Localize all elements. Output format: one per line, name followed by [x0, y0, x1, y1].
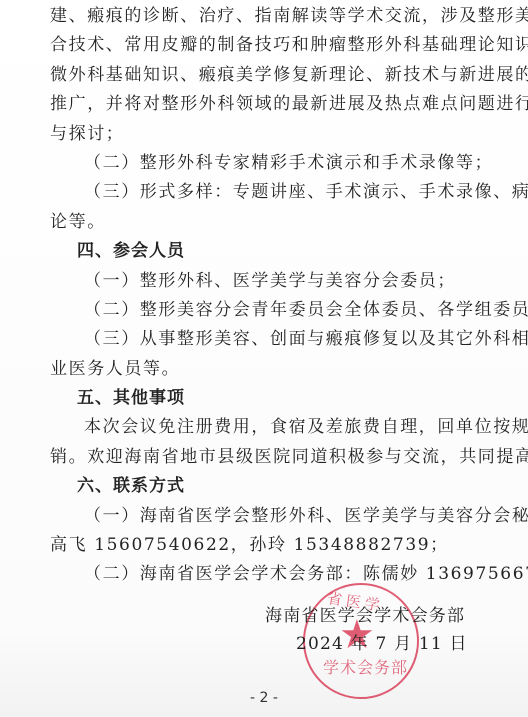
other-para: 本次会议免注册费用，食宿及差旅费自理，回单位按规定报 [50, 413, 490, 442]
section-heading-attendees: 四、参会人员 [50, 237, 490, 266]
format-item-3: （三）形式多样：专题讲座、手术演示、手术录像、病例讨 [50, 178, 490, 207]
seal-bottom-text: 学术会务部 [323, 655, 408, 678]
body-line: 与探讨； [50, 120, 490, 149]
contact-item-1: （一）海南省医学会整形外科、医学美学与美容分会秘书： [50, 502, 490, 531]
section-heading-other: 五、其他事项 [50, 384, 490, 413]
attendee-item-3: （三）从事整形美容、创面与瘢痕修复以及其它外科相关专 [50, 325, 490, 354]
other-para-cont: 销。欢迎海南省地市县级医院同道积极参与交流，共同提高。 [50, 443, 490, 472]
body-line: 推广，并将对整形外科领域的最新进展及热点难点问题进行对话 [50, 90, 490, 119]
format-item-2: （二）整形外科专家精彩手术演示和手术录像等； [50, 149, 490, 178]
contact-item-1-cont: 高飞 15607540622，孙玲 15348882739； [50, 531, 490, 560]
page-number: - 2 - [0, 690, 528, 706]
attendee-item-3-cont: 业医务人员等。 [50, 355, 490, 384]
document-page: 建、瘢痕的诊断、治疗、指南解读等学术交流，涉及整形美容缝 合技术、常用皮瓣的制备… [0, 0, 528, 717]
contact-item-2: （二）海南省医学会学术会务部：陈儒妙 13697566738。 [50, 560, 490, 589]
attendee-item-1: （一）整形外科、医学美学与美容分会委员； [50, 267, 490, 296]
attendee-item-2: （二）整形美容分会青年委员会全体委员、各学组委员； [50, 296, 490, 325]
document-body: 建、瘢痕的诊断、治疗、指南解读等学术交流，涉及整形美容缝 合技术、常用皮瓣的制备… [50, 2, 490, 590]
body-line: 建、瘢痕的诊断、治疗、指南解读等学术交流，涉及整形美容缝 [50, 2, 490, 31]
body-line: 微外科基础知识、瘢痕美学修复新理论、新技术与新进展的培训 [50, 61, 490, 90]
body-line: 合技术、常用皮瓣的制备技巧和肿瘤整形外科基础理论知识、显 [50, 31, 490, 60]
format-item-3-cont: 论等。 [50, 208, 490, 237]
signature-block: 海南省医学会学术会务部 2024 年 7 月 11 日 [265, 602, 495, 658]
signature-organization: 海南省医学会学术会务部 [265, 602, 495, 630]
signature-date: 2024 年 7 月 11 日 [265, 630, 495, 658]
section-heading-contact: 六、联系方式 [50, 472, 490, 501]
